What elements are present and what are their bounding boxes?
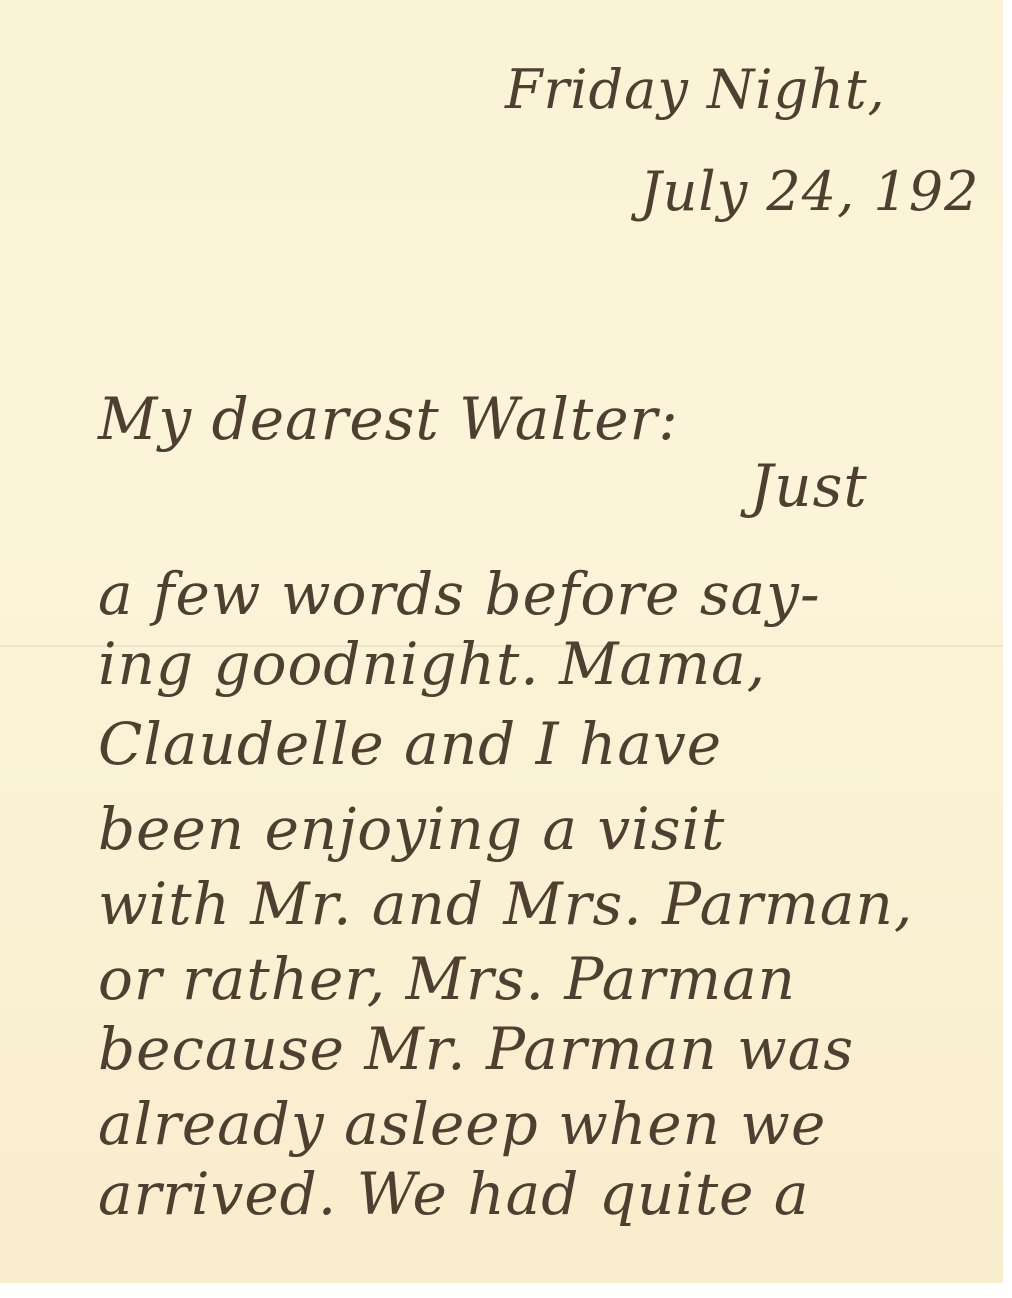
body-line: because Mr. Parman was (98, 1015, 854, 1083)
body-line: or rather, Mrs. Parman (98, 945, 796, 1013)
body-line: a few words before say- (98, 560, 821, 628)
body-line: with Mr. and Mrs. Parman, (98, 870, 913, 938)
body-line: ing goodnight. Mama, (98, 630, 766, 698)
salutation: My dearest Walter: (98, 385, 679, 453)
body-line: been enjoying a visit (98, 795, 725, 863)
dateline-date: July 24, 192 (640, 160, 979, 223)
letter-page: Friday Night, July 24, 192 My dearest Wa… (0, 0, 1003, 1283)
body-line: Just (750, 452, 868, 520)
body-line: Claudelle and I have (98, 710, 722, 778)
dateline-day: Friday Night, (505, 58, 886, 121)
body-line: arrived. We had quite a (98, 1160, 810, 1228)
body-line: already asleep when we (98, 1090, 826, 1158)
